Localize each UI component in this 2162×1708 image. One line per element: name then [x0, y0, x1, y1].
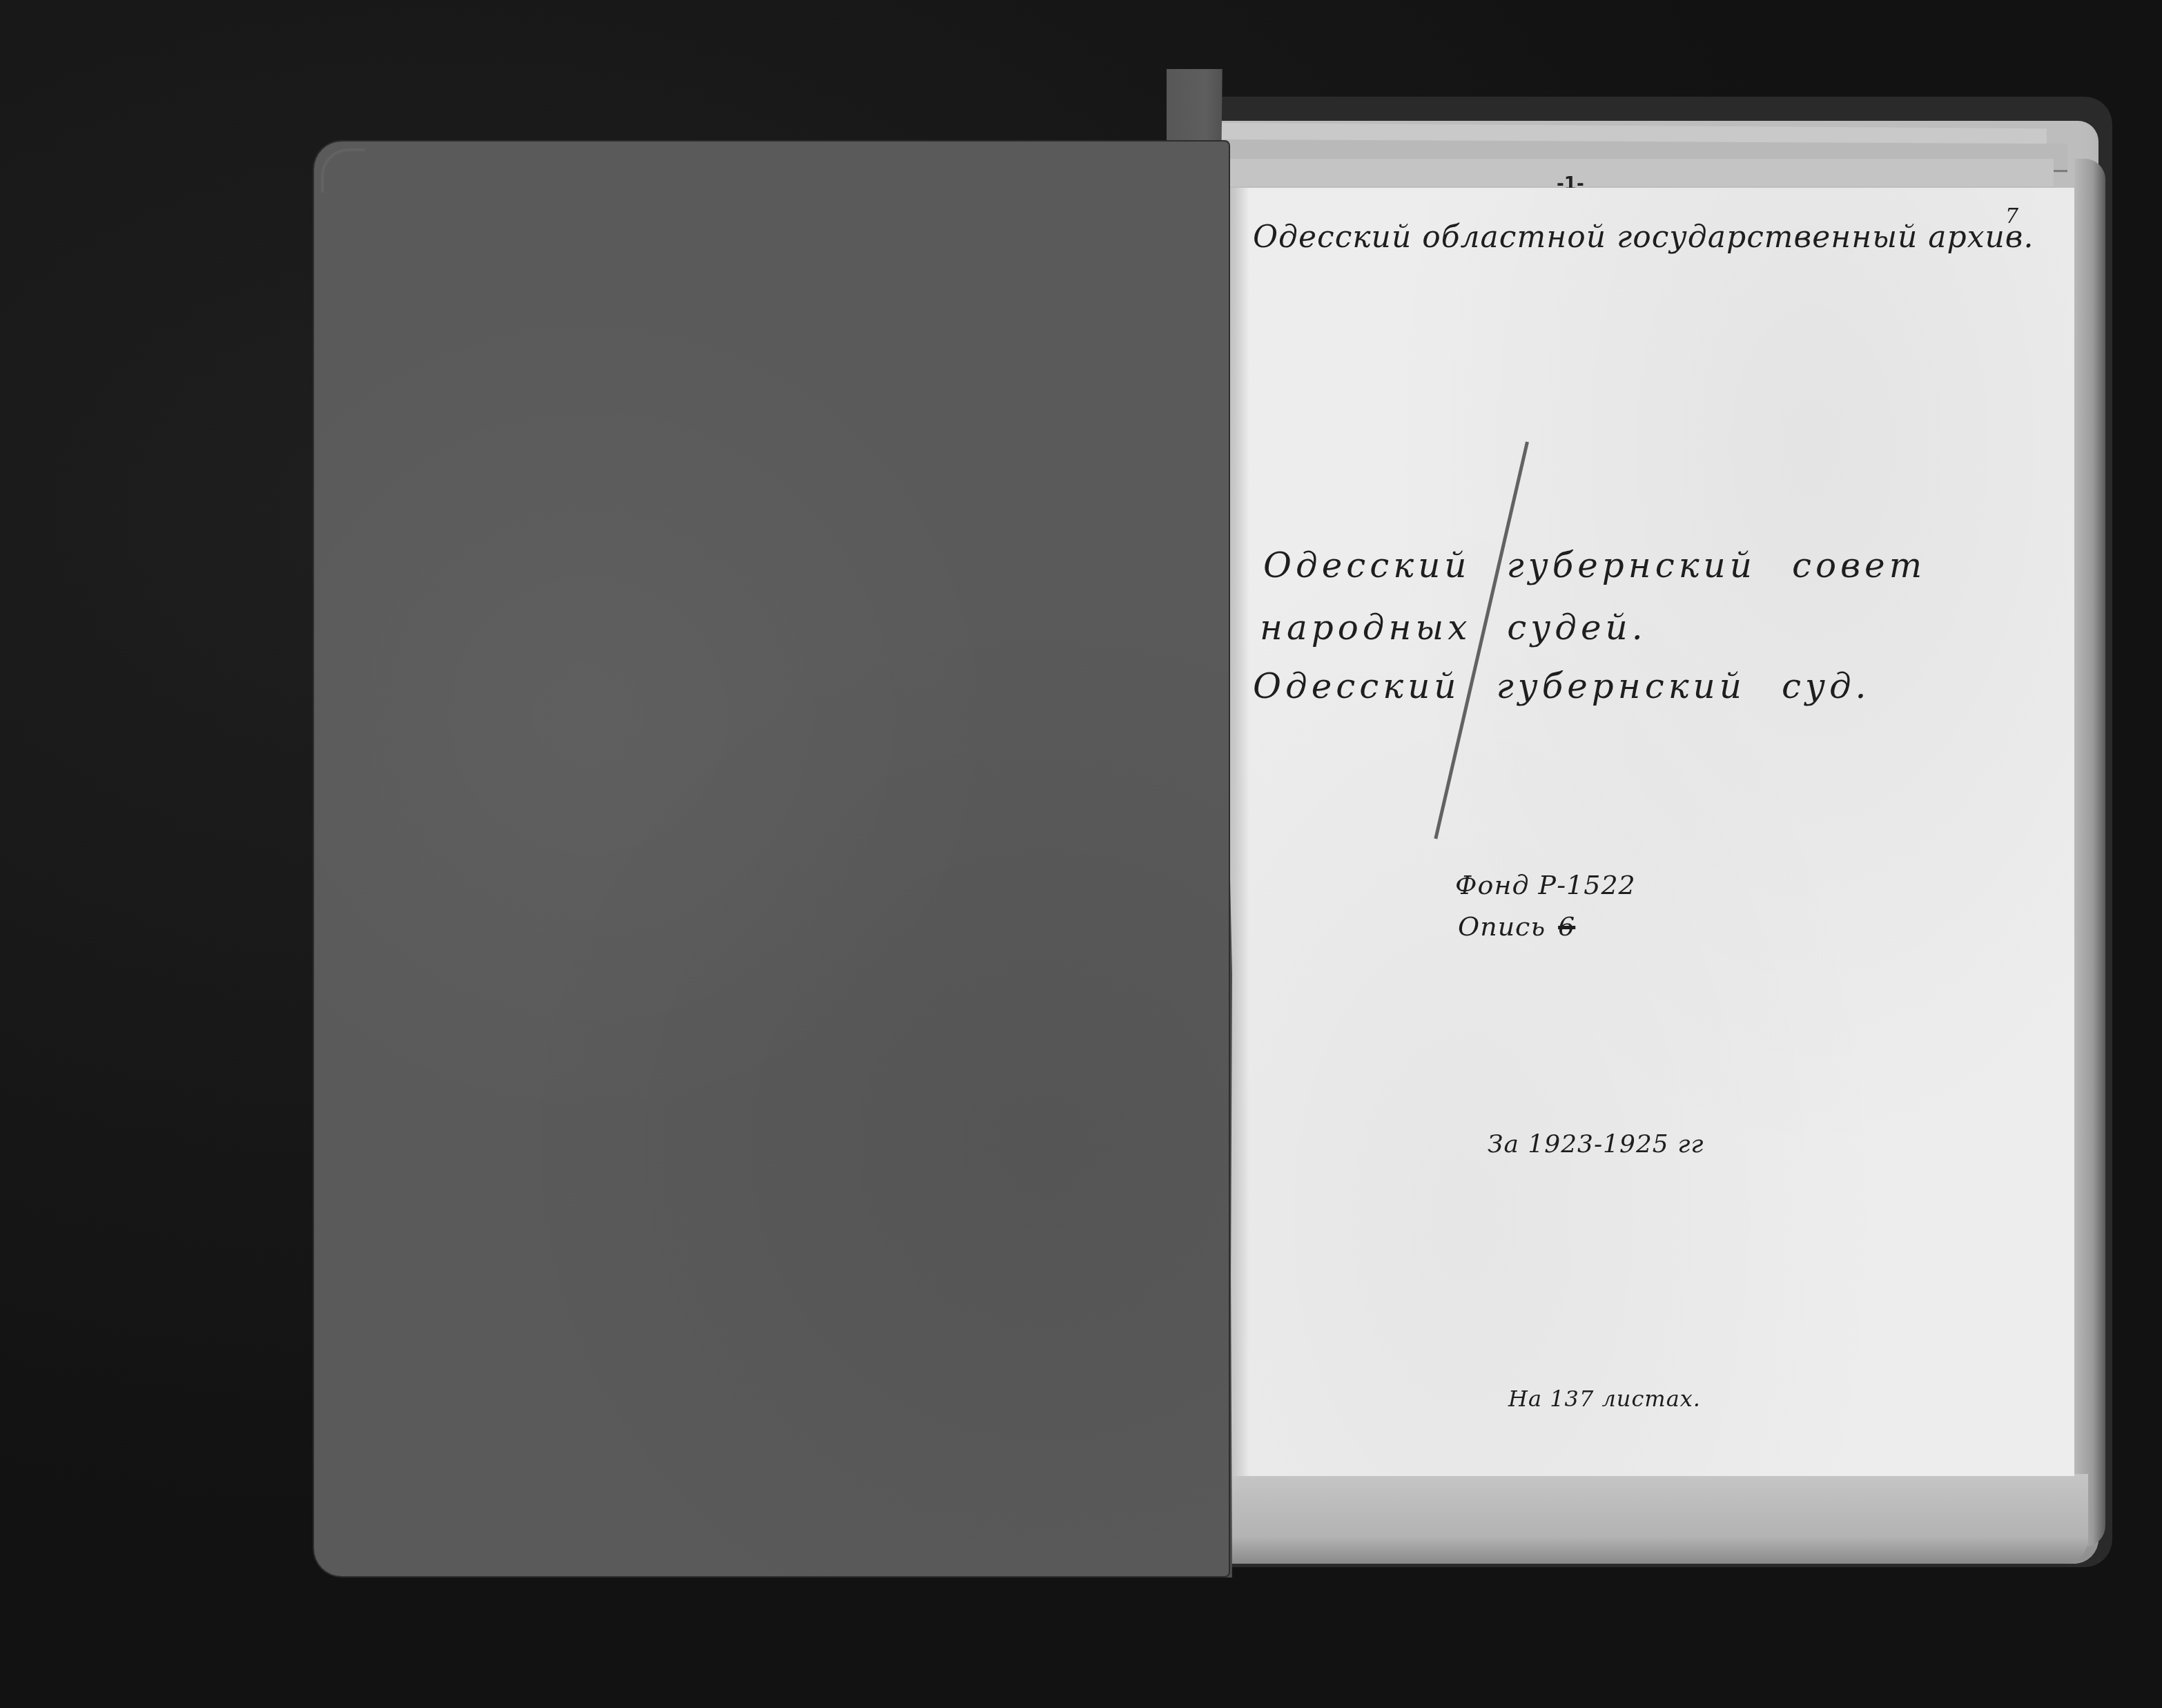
front-cover — [314, 142, 1229, 1576]
archive-header: Одесский областной государственный архив… — [1253, 220, 2034, 255]
title-sheet — [1201, 188, 2074, 1476]
fond-number: Фонд Р-1522 — [1455, 870, 1636, 900]
opis-label: Опись — [1458, 911, 1546, 942]
date-range: За 1923-1925 гг — [1488, 1130, 1704, 1158]
leaf-count: На 137 листах. — [1508, 1386, 1701, 1412]
opis-number: 6 — [1558, 911, 1575, 942]
organization-line: народных судей. — [1260, 608, 1647, 648]
organization-line: Одесский губернский суд. — [1253, 666, 1871, 706]
organization-line: Одесский губернский совет — [1263, 545, 1926, 585]
opis-line: Опись6 — [1458, 911, 1575, 942]
page-layer — [1198, 159, 2054, 186]
page-fore-edge — [2074, 159, 2105, 1546]
page-bottom-edge — [1201, 1474, 2088, 1564]
